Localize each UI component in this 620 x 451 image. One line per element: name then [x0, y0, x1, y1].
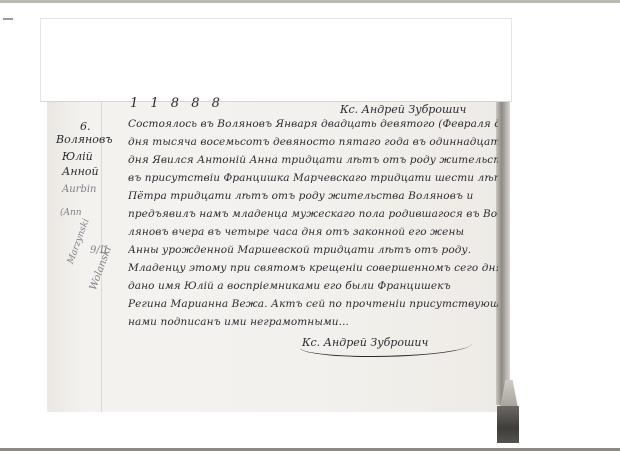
- margin-child-name: Юлій: [62, 150, 93, 163]
- body-line: дано имя Юлій а воспріемниками его были …: [128, 280, 498, 292]
- book-spine: [496, 100, 510, 405]
- entry-number: 6.: [80, 120, 91, 133]
- priest-name-header: Кс. Андрей Зуброшич: [340, 103, 466, 116]
- body-line: предъявилъ намъ младенца мужескаго пола …: [128, 208, 498, 220]
- cover-sheet: [40, 18, 512, 102]
- binding-clip: [497, 406, 519, 443]
- scan-top-edge: [0, 0, 620, 3]
- body-line: Анны урожденной Маршевской тридцати лѣтъ…: [128, 244, 498, 256]
- body-line: Пётра тридцати лѣтъ отъ роду жительства …: [128, 190, 498, 202]
- pencil-note: Aurbin: [62, 184, 96, 195]
- body-line: въ присутствіи Францишка Марчевскаго три…: [128, 172, 498, 184]
- body-line: Младенцу этому при святомъ крещеніи сове…: [128, 262, 498, 274]
- body-line: дня Явился Антоній Анна тридцати лѣтъ от…: [128, 154, 498, 166]
- body-line: Регина Марианна Вежа. Актъ сей по прочте…: [128, 298, 498, 310]
- body-line: Состоялось въ Воляновъ Января двадцать д…: [128, 118, 498, 130]
- scan-mark: [3, 18, 13, 20]
- body-line: дня тысяча восемьсотъ девяносто пятаго г…: [128, 136, 498, 148]
- body-line: нами подписанъ ими неграмотными...: [128, 316, 498, 328]
- margin-village: Воляновъ: [56, 133, 113, 146]
- year-mark: 1 1 8 8 8: [130, 96, 224, 111]
- body-line: ляновъ вчера въ четыре часа дня отъ зако…: [128, 226, 498, 238]
- margin-surname: Анной: [62, 165, 99, 178]
- pencil-note: (Ann: [60, 208, 82, 218]
